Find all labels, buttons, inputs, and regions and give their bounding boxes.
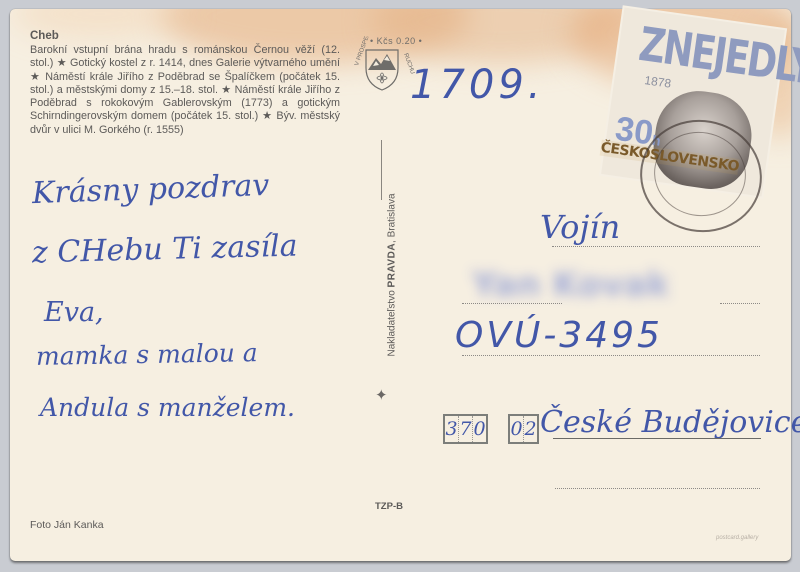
- address-line: [553, 438, 761, 439]
- postcode-digit: 0: [473, 416, 486, 442]
- postcode-digit: 3: [445, 416, 459, 442]
- stamp-year: 1878: [644, 73, 672, 91]
- handwritten-date: 1709.: [410, 62, 545, 108]
- card-title: Cheb: [30, 30, 59, 42]
- series-code: TZP-B: [375, 501, 403, 512]
- address-line: [462, 355, 760, 356]
- watermark: postcard.gallery: [716, 535, 758, 541]
- photo-credit: Foto Ján Kanka: [30, 519, 104, 531]
- message-line: Andula s manželem.: [40, 393, 295, 422]
- message-line: Eva,: [44, 297, 104, 328]
- recipient-title: Vojín: [540, 208, 620, 246]
- address-line: [552, 246, 760, 247]
- postcode-box-1: 3 7 0: [443, 414, 488, 444]
- publisher-line: Nakladateľstvo PRAVDA, Bratislava: [387, 193, 398, 356]
- message-line: z CHebu Ti zasíla: [32, 229, 298, 271]
- recipient-unit: OVÚ-3495: [455, 315, 663, 356]
- emblem-price: • Kčs 0.20 •: [370, 36, 422, 46]
- publisher-city: , Bratislava: [387, 193, 398, 242]
- divider-line: [381, 140, 382, 200]
- postcode-box-2: 0 2: [508, 414, 539, 444]
- message-line: mamka s malou a: [36, 338, 258, 371]
- recipient-name-redacted: Yan Kovak: [472, 265, 742, 307]
- recipient-city: České Budějovice: [540, 405, 800, 440]
- address-line: [720, 303, 760, 304]
- publisher-prefix: Nakladateľstvo: [387, 290, 398, 356]
- bird-logo-icon: ✦: [375, 386, 388, 404]
- publisher-name: PRAVDA: [387, 243, 398, 287]
- card-description: Barokní vstupní brána hradu s románskou …: [30, 44, 340, 137]
- postcode-digit: 0: [510, 416, 524, 442]
- address-line: [555, 488, 760, 489]
- postcode-digit: 7: [459, 416, 473, 442]
- postcode-digit: 2: [524, 416, 537, 442]
- address-line: [462, 303, 562, 304]
